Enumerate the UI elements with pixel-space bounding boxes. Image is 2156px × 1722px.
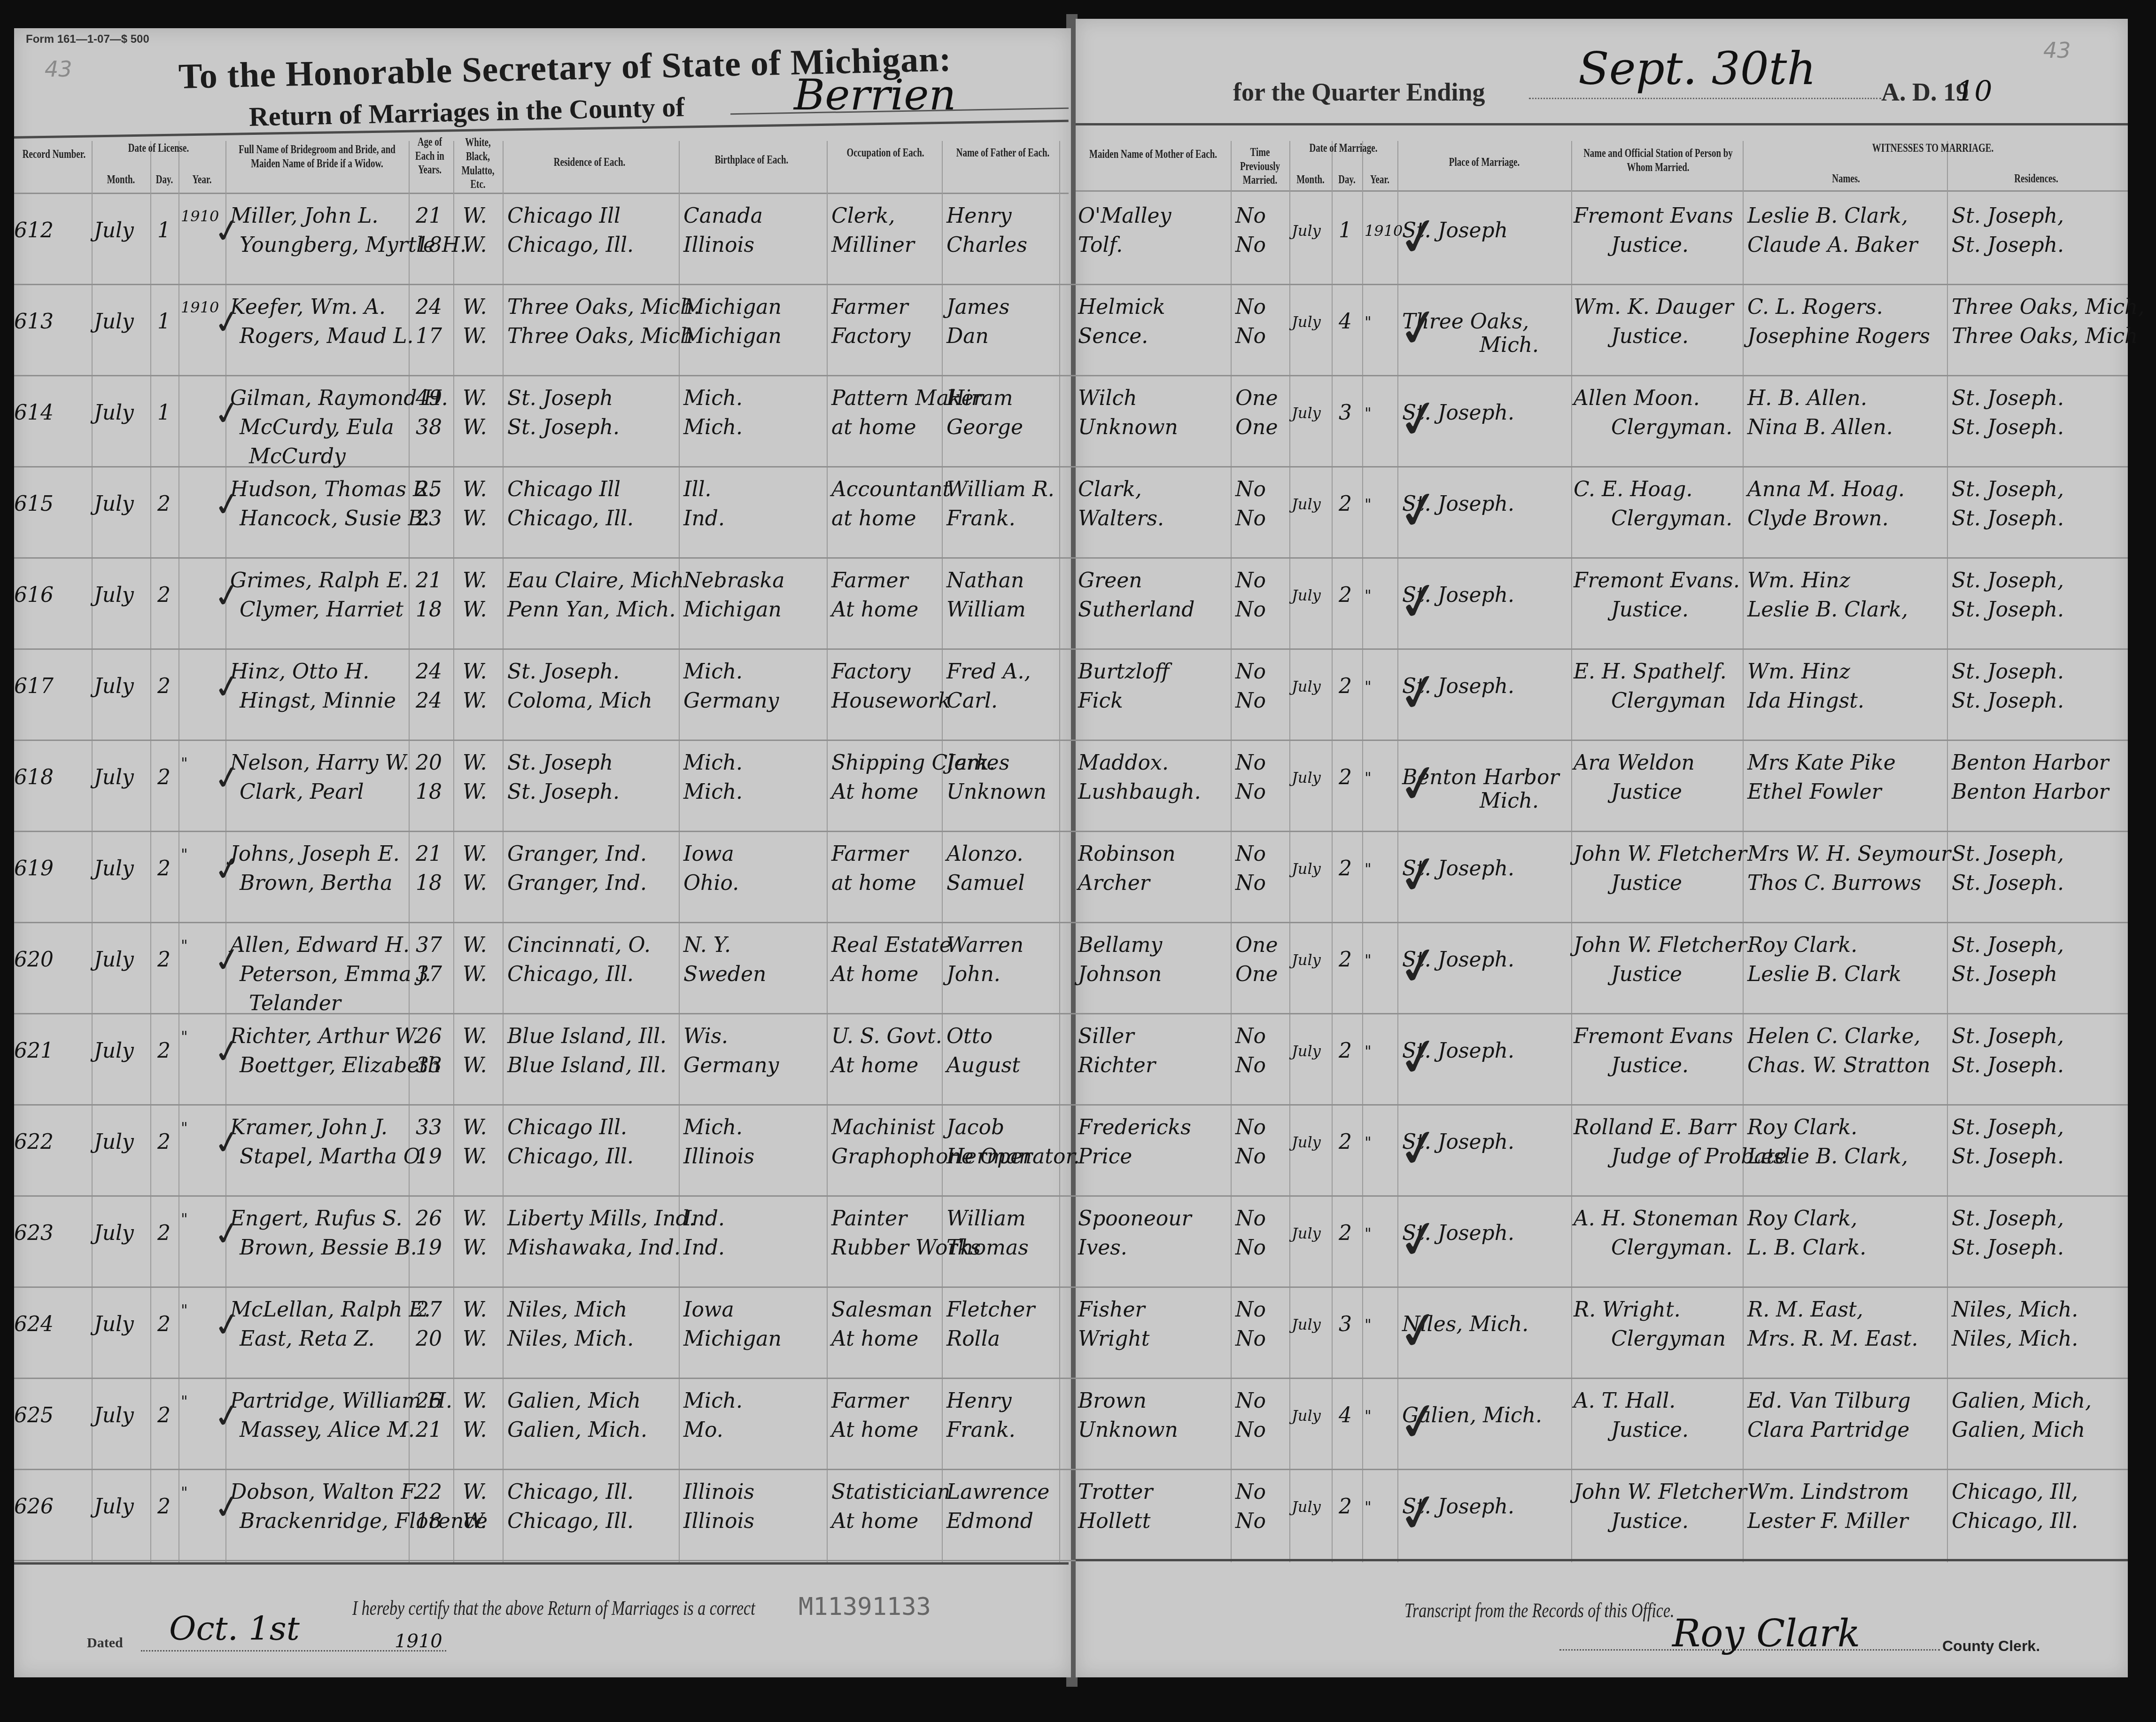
cell-no: 623 (14, 1220, 54, 1247)
cell-off-name: C. E. Hoag. (1574, 476, 1692, 503)
cell-age-g: 37 (416, 932, 442, 958)
cell-birth-g: Michigan (683, 294, 782, 320)
cell-occ-g: Painter (831, 1206, 907, 1232)
cell-race-b: W. (463, 779, 487, 805)
cell-place-2: Mich. (1480, 332, 1539, 358)
cell-mother-g: Fisher (1078, 1297, 1145, 1323)
cell-mar-year: " (1365, 947, 1372, 973)
cell-occ-b: At home (831, 597, 918, 623)
cell-wit-2: L. B. Clark. (1747, 1235, 1866, 1261)
cell-off-title: Clergyman. (1611, 414, 1732, 441)
cell-times-g: One (1235, 932, 1278, 958)
cell-off-title: Clergyman. (1611, 506, 1732, 532)
cell-groom: Engert, Rufus S. (230, 1206, 403, 1232)
cell-no: 626 (14, 1494, 54, 1520)
cell-lic-year: " (181, 841, 188, 867)
cell-off-title: Clergyman. (1611, 1235, 1732, 1261)
col-header-date-of-license: Date of License. (92, 141, 225, 156)
cell-lic-month: July (94, 218, 134, 244)
cell-mother-b: Wright (1078, 1326, 1150, 1352)
cell-race-b: W. (463, 688, 487, 714)
column-divider (679, 141, 680, 1562)
cell-occ-b: At home (831, 961, 918, 988)
cell-birth-g: N. Y. (683, 932, 731, 958)
cell-birth-g: Mich. (683, 1114, 743, 1141)
col-header-place: Place of Marriage. (1404, 156, 1564, 170)
column-divider (1571, 141, 1572, 1562)
cell-wres-1: St. Joseph, (1952, 841, 2064, 867)
col-header-record-number: Record Number. (19, 148, 89, 162)
cell-father-b: George (946, 414, 1023, 441)
cell-bride: Brown, Bessie B. (240, 1235, 417, 1261)
cell-lic-day: 2 (157, 1311, 171, 1338)
cell-res-g: Blue Island, Ill. (507, 1023, 667, 1050)
cell-wit-1: Ed. Van Tilburg (1747, 1388, 1911, 1414)
column-divider (178, 141, 179, 1562)
cell-no: 615 (14, 491, 54, 517)
cell-mother-b: Hollett (1078, 1508, 1150, 1535)
cell-mother-g: Robinson (1078, 841, 1176, 867)
cell-father-b: Samuel (946, 870, 1025, 896)
cell-father-g: Fred A., (946, 659, 1031, 685)
cell-times-b: No (1235, 688, 1266, 714)
cell-no: 619 (14, 856, 54, 882)
cell-father-g: Henry (946, 203, 1012, 229)
cell-res-b: Mishawaka, Ind. (507, 1235, 681, 1261)
cell-mother-b: Unknown (1078, 1417, 1178, 1443)
cell-mar-year: " (1365, 309, 1372, 335)
table-bottom-rule-left (14, 1562, 1069, 1565)
cell-age-g: 33 (416, 1114, 442, 1141)
col-header-race: White, Black, Mulatto, Etc. (456, 136, 500, 192)
cell-mar-month: July (1292, 1311, 1321, 1338)
cell-wres-2: St. Joseph. (1952, 597, 2064, 623)
cell-res-b: Chicago, Ill. (507, 232, 634, 258)
cell-wres-2: Niles, Mich. (1952, 1326, 2078, 1352)
cell-lic-year: " (181, 1297, 188, 1323)
cell-father-g: James (946, 750, 1009, 776)
cell-bride: Clark, Pearl (240, 779, 364, 805)
cell-father-g: William (946, 1206, 1026, 1232)
cell-age-g: 25 (416, 476, 442, 503)
record-stamp: M11391133 (799, 1593, 931, 1621)
cell-occ-g: Real Estate (831, 932, 952, 958)
col-header-license-year: Year. (178, 173, 225, 187)
cell-mother-b: Sutherland (1078, 597, 1194, 623)
cell-res-b: Blue Island, Ill. (507, 1052, 667, 1079)
cell-wit-2: Thos C. Burrows (1747, 870, 1921, 896)
cell-mar-year: " (1365, 1494, 1372, 1520)
cell-mar-day: 2 (1339, 1494, 1352, 1520)
cell-age-b: 18 (416, 870, 442, 896)
cell-res-g: Niles, Mich (507, 1297, 627, 1323)
cell-birth-g: Mich. (683, 750, 743, 776)
cell-birth-b: Michigan (683, 323, 782, 350)
cell-lic-day: 2 (157, 1038, 171, 1064)
cell-wres-1: Benton Harbor (1952, 750, 2109, 776)
cell-lic-day: 2 (157, 1129, 171, 1155)
cell-father-b: Charles (946, 232, 1027, 258)
cell-birth-g: Nebraska (683, 568, 784, 594)
column-divider (1332, 141, 1333, 1562)
cell-wit-1: C. L. Rogers. (1747, 294, 1883, 320)
cell-age-b: 33 (416, 1052, 442, 1079)
cell-wit-2: Lester F. Miller (1747, 1508, 1908, 1535)
cell-off-title: Justice (1611, 779, 1682, 805)
cell-mother-g: Helmick (1078, 294, 1165, 320)
cell-birth-g: Wis. (683, 1023, 728, 1050)
cell-wit-1: Wm. Hinz (1747, 568, 1850, 594)
cell-mother-b: Unknown (1078, 414, 1178, 441)
cell-wit-2: Clara Partridge (1747, 1417, 1909, 1443)
cell-mother-g: Trotter (1078, 1479, 1153, 1505)
clerk-label: County Clerk. (1942, 1637, 2040, 1655)
cell-mother-b: Tolf. (1078, 232, 1123, 258)
cell-res-b: Coloma, Mich (507, 688, 652, 714)
cell-mar-year: " (1365, 764, 1372, 791)
cell-age-g: 21 (416, 568, 442, 594)
cell-res-b: Granger, Ind. (507, 870, 647, 896)
cell-wres-1: Galien, Mich, (1952, 1388, 2092, 1414)
column-divider (453, 141, 454, 1562)
cell-lic-day: 2 (157, 764, 171, 791)
col-header-marriage-year: Year. (1362, 173, 1397, 187)
cell-no: 613 (14, 309, 54, 335)
cell-occ-g: Factory (831, 659, 910, 685)
cell-off-title: Justice. (1611, 1052, 1689, 1079)
cell-times-b: No (1235, 1235, 1266, 1261)
cell-times-b: No (1235, 1508, 1266, 1535)
cell-mother-g: Brown (1078, 1388, 1147, 1414)
cell-off-name: Wm. K. Dauger (1574, 294, 1734, 320)
cell-birth-g: Canada (683, 203, 763, 229)
cell-times-b: No (1235, 870, 1266, 896)
cell-off-name: E. H. Spathelf. (1574, 659, 1727, 685)
cell-father-b: William (946, 597, 1026, 623)
cell-occ-b: Milliner (831, 232, 915, 258)
cell-groom: Hinz, Otto H. (230, 659, 369, 685)
col-header-license-day: Day. (150, 173, 178, 187)
cell-mother-b: Richter (1078, 1052, 1156, 1079)
row-divider (14, 557, 2128, 559)
cell-res-b: Niles, Mich. (507, 1326, 634, 1352)
column-divider (1362, 141, 1363, 1562)
clerk-signature: Roy Clark (1672, 1612, 1860, 1655)
cell-occ-b: at home (831, 506, 916, 532)
cell-father-b: Rolla (946, 1326, 1000, 1352)
cell-wit-1: Anna M. Hoag. (1747, 476, 1905, 503)
cell-mar-day: 2 (1339, 764, 1352, 791)
cell-times-g: No (1235, 568, 1266, 594)
cell-times-b: No (1235, 506, 1266, 532)
cell-bride: Hingst, Minnie (240, 688, 396, 714)
cell-birth-g: Ill. (683, 476, 712, 503)
cell-mar-year: " (1365, 491, 1372, 517)
cell-wit-2: Clyde Brown. (1747, 506, 1889, 532)
cell-age-g: 27 (416, 1297, 442, 1323)
cell-wres-1: St. Joseph, (1952, 1023, 2064, 1050)
cell-race-b: W. (463, 414, 487, 441)
cell-lic-month: July (94, 491, 134, 517)
cell-wres-1: St. Joseph, (1952, 1114, 2064, 1141)
cell-birth-g: Iowa (683, 841, 734, 867)
cell-res-g: Eau Claire, Mich (507, 568, 684, 594)
cell-wres-1: St. Joseph. (1952, 385, 2064, 412)
cell-occ-g: Farmer (831, 294, 908, 320)
cell-father-g: Lawrence (946, 1479, 1049, 1505)
col-header-full-name: Full Name of Bridegroom and Bride, and M… (235, 143, 399, 171)
cell-wres-2: Galien, Mich (1952, 1417, 2085, 1443)
cell-bride: Peterson, Emma J. (240, 961, 431, 988)
cell-lic-month: July (94, 1220, 134, 1247)
cell-mother-g: Siller (1078, 1023, 1134, 1050)
cell-father-g: Jacob (946, 1114, 1004, 1141)
cell-times-g: No (1235, 1114, 1266, 1141)
cell-occ-b: At home (831, 779, 918, 805)
cell-lic-month: July (94, 1129, 134, 1155)
cell-birth-g: Mich. (683, 659, 743, 685)
cell-groom: Hudson, Thomas R. (230, 476, 435, 503)
cell-lic-day: 1 (157, 400, 171, 426)
cell-birth-b: Illinois (683, 1508, 754, 1535)
cell-father-b: Thomas (946, 1235, 1029, 1261)
cell-mar-month: July (1292, 400, 1321, 426)
cell-bride: McCurdy, Eula (240, 414, 394, 441)
cell-times-g: No (1235, 203, 1266, 229)
cell-wit-1: Roy Clark, (1747, 1206, 1857, 1232)
cell-birth-b: Germany (683, 688, 779, 714)
cell-times-b: No (1235, 1417, 1266, 1443)
cell-wit-1: Helen C. Clarke, (1747, 1023, 1921, 1050)
cell-race-g: W. (463, 203, 487, 229)
cell-lic-month: July (94, 582, 134, 608)
cell-race-b: W. (463, 870, 487, 896)
cell-wit-1: Roy Clark. (1747, 1114, 1857, 1141)
cell-age-b: 18 (416, 232, 442, 258)
cell-wres-2: St. Joseph. (1952, 232, 2064, 258)
cell-age-g: 26 (416, 1023, 442, 1050)
cell-wit-2: Leslie B. Clark, (1747, 1144, 1908, 1170)
cell-bride: Stapel, Martha O. (240, 1144, 426, 1170)
cell-mar-year: " (1365, 1403, 1372, 1429)
cell-birth-b: Ohio. (683, 870, 739, 896)
row-divider (14, 284, 2128, 285)
cell-race-b: W. (463, 1144, 487, 1170)
cell-lic-month: July (94, 1494, 134, 1520)
cell-birth-b: Mich. (683, 414, 743, 441)
cell-lic-day: 2 (157, 673, 171, 700)
cell-age-b: 19 (416, 1235, 442, 1261)
cell-res-b: Penn Yan, Mich. (507, 597, 676, 623)
cell-bride: Hancock, Susie B. (240, 506, 430, 532)
cell-wres-1: St. Joseph, (1952, 1206, 2064, 1232)
cell-age-g: 21 (416, 203, 442, 229)
cell-race-b: W. (463, 1417, 487, 1443)
dated-label: Dated (87, 1635, 123, 1651)
cell-times-g: No (1235, 476, 1266, 503)
cell-wres-1: Chicago, Ill, (1952, 1479, 2078, 1505)
cell-mother-b: Archer (1078, 870, 1150, 896)
cell-no: 621 (14, 1038, 54, 1064)
cell-occ-b: Factory (831, 323, 910, 350)
cell-no: 617 (14, 673, 54, 700)
cell-age-g: 21 (416, 841, 442, 867)
cell-wit-1: Mrs W. H. Seymour (1747, 841, 1951, 867)
cell-mother-g: Spooneour (1078, 1206, 1192, 1232)
cell-groom: Richter, Arthur W. (230, 1023, 419, 1050)
cell-wres-2: Three Oaks, Mich (1952, 323, 2138, 350)
cell-off-name: Rolland E. Barr (1574, 1114, 1736, 1141)
cell-no: 612 (14, 218, 54, 244)
cell-mar-year: " (1365, 582, 1372, 608)
cell-race-b: W. (463, 1052, 487, 1079)
cell-lic-year: " (181, 1114, 188, 1141)
cell-father-b: Carl. (946, 688, 998, 714)
cell-res-b: St. Joseph. (507, 779, 620, 805)
cell-off-name: John W. Fletcher (1574, 1479, 1747, 1505)
cell-no: 625 (14, 1403, 54, 1429)
cell-res-g: Three Oaks, Mich. (507, 294, 700, 320)
cell-birth-g: Mich. (683, 385, 743, 412)
cell-wres-1: St. Joseph. (1952, 659, 2064, 685)
cell-res-g: Granger, Ind. (507, 841, 647, 867)
cell-father-b: Frank. (946, 506, 1016, 532)
cell-res-b: Three Oaks, Mich (507, 323, 693, 350)
cell-res-g: Chicago Ill (507, 203, 620, 229)
cell-race-b: W. (463, 1235, 487, 1261)
cell-off-title: Justice. (1611, 1508, 1689, 1535)
cell-wres-1: St. Joseph, (1952, 476, 2064, 503)
cell-lic-month: July (94, 400, 134, 426)
cell-off-name: John W. Fletcher (1574, 841, 1747, 867)
cell-mar-day: 2 (1339, 947, 1352, 973)
cell-race-g: W. (463, 750, 487, 776)
cell-occ-g: Clerk, (831, 203, 895, 229)
cell-off-name: Fremont Evans (1574, 203, 1733, 229)
cell-birth-b: Germany (683, 1052, 779, 1079)
cell-lic-day: 1 (157, 309, 171, 335)
cell-mar-day: 2 (1339, 491, 1352, 517)
cell-off-name: Fremont Evans (1574, 1023, 1733, 1050)
certification-text: I hereby certify that the above Return o… (352, 1597, 755, 1620)
cell-mar-year: " (1365, 1129, 1372, 1155)
cell-occ-b: Housework (831, 688, 951, 714)
cell-wres-2: St. Joseph. (1952, 1144, 2064, 1170)
col-header-residence: Residence of Each. (507, 156, 672, 170)
cell-occ-g: U. S. Govt. (831, 1023, 942, 1050)
cell-mother-b: Price (1078, 1144, 1132, 1170)
cell-mother-b: Walters. (1078, 506, 1164, 532)
cell-birth-b: Michigan (683, 597, 782, 623)
cell-lic-day: 1 (157, 218, 171, 244)
cell-mar-day: 4 (1339, 309, 1352, 335)
col-header-mother: Maiden Name of Mother of Each. (1080, 148, 1226, 162)
cell-mar-month: July (1292, 309, 1321, 335)
header-bottom-rule-right (1076, 190, 2128, 192)
cell-mar-month: July (1292, 582, 1321, 608)
cell-mar-month: July (1292, 1403, 1321, 1429)
form-number: Form 161—1-07—$ 500 (26, 33, 149, 46)
cell-times-g: No (1235, 294, 1266, 320)
cell-lic-year: " (181, 1388, 188, 1414)
cell-no: 618 (14, 764, 54, 791)
cell-father-b: August (946, 1052, 1020, 1079)
cell-bride: Clymer, Harriet (240, 597, 403, 623)
col-header-marriage-month: Month. (1289, 173, 1332, 187)
cell-times-g: No (1235, 1388, 1266, 1414)
cell-mar-month: July (1292, 764, 1321, 791)
row-divider (14, 375, 2128, 376)
cell-times-b: No (1235, 597, 1266, 623)
cell-father-g: Henry (946, 1388, 1012, 1414)
cell-mar-day: 3 (1339, 400, 1352, 426)
cell-mar-year: " (1365, 856, 1372, 882)
cell-father-b: Edmond (946, 1508, 1033, 1535)
cell-lic-month: July (94, 856, 134, 882)
cell-mar-year: " (1365, 1038, 1372, 1064)
cell-occ-g: Farmer (831, 841, 908, 867)
cell-times-b: No (1235, 232, 1266, 258)
cell-times-g: No (1235, 1023, 1266, 1050)
cell-lic-month: July (94, 1403, 134, 1429)
cell-age-b: 38 (416, 414, 442, 441)
row-divider (14, 1378, 2128, 1379)
cell-mother-b: Fick (1078, 688, 1123, 714)
cell-lic-day: 2 (157, 1220, 171, 1247)
cell-bride-extra: McCurdy (249, 444, 346, 470)
cell-birth-g: Iowa (683, 1297, 734, 1323)
header-bottom-rule-left (14, 193, 1069, 194)
cell-bride: East, Reta Z. (240, 1326, 374, 1352)
cell-bride: Massey, Alice M. (240, 1417, 415, 1443)
col-header-date-of-marriage: Date of Marriage. (1289, 141, 1397, 156)
cell-res-b: St. Joseph. (507, 414, 620, 441)
cell-res-b: Chicago, Ill. (507, 1508, 634, 1535)
county-value: Berrien (794, 70, 956, 120)
cell-birth-b: Ind. (683, 1235, 725, 1261)
cell-times-b: One (1235, 961, 1278, 988)
cell-mother-g: O'Malley (1078, 203, 1171, 229)
col-header-age: Age of Each in Years. (413, 135, 446, 177)
col-header-occupation: Occupation of Each. (834, 146, 937, 160)
cell-age-b: 18 (416, 779, 442, 805)
col-header-witnesses: WITNESSES TO MARRIAGE. (1747, 141, 2118, 156)
column-divider (92, 141, 93, 1562)
cell-race-g: W. (463, 1206, 487, 1232)
cell-lic-month: July (94, 1038, 134, 1064)
cell-age-g: 24 (416, 294, 442, 320)
transcript-text: Transcript from the Records of this Offi… (1404, 1599, 1675, 1622)
cell-groom: Keefer, Wm. A. (230, 294, 386, 320)
cell-father-b: Frank. (946, 1417, 1016, 1443)
cell-res-b: Chicago, Ill. (507, 961, 634, 988)
cell-lic-year: " (181, 1479, 188, 1505)
cell-father-g: Nathan (946, 568, 1024, 594)
cell-mother-g: Green (1078, 568, 1142, 594)
row-divider (14, 1195, 2128, 1197)
cell-father-g: Otto (946, 1023, 993, 1050)
column-divider (503, 141, 504, 1562)
cell-off-title: Justice (1611, 961, 1682, 988)
cell-times-b: No (1235, 779, 1266, 805)
cell-mother-b: Sence. (1078, 323, 1148, 350)
cell-race-b: W. (463, 506, 487, 532)
col-header-officiant: Name and Official Station of Person by W… (1578, 147, 1738, 174)
cell-occ-b: At home (831, 1326, 918, 1352)
cell-off-name: R. Wright. (1574, 1297, 1681, 1323)
cell-off-title: Justice. (1611, 323, 1689, 350)
cell-mar-day: 2 (1339, 1129, 1352, 1155)
